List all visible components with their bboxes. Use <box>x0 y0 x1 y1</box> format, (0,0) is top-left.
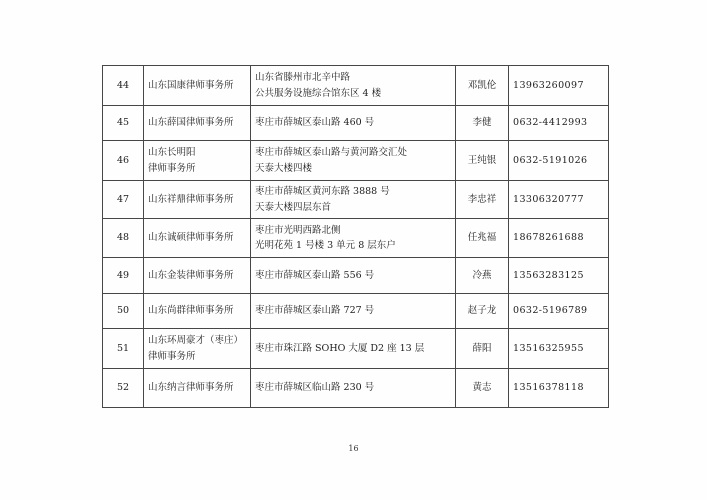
cell-number: 47 <box>103 181 144 219</box>
cell-phone: 0632-5196789 <box>509 294 609 329</box>
cell-firm-name: 山东诚硕律师事务所 <box>144 219 251 258</box>
cell-contact: 冷燕 <box>456 258 509 294</box>
cell-contact: 李忠祥 <box>456 181 509 219</box>
cell-address: 山东省滕州市北辛中路 公共服务设施综合馆东区 4 楼 <box>251 66 456 106</box>
cell-address: 枣庄市薛城区泰山路 460 号 <box>251 106 456 141</box>
cell-number: 45 <box>103 106 144 141</box>
cell-phone: 13516325955 <box>509 329 609 369</box>
table-row: 47 山东祥鼎律师事务所 枣庄市薛城区黄河东路 3888 号 天泰大楼四层东首 … <box>103 181 609 219</box>
cell-firm-name: 山东祥鼎律师事务所 <box>144 181 251 219</box>
cell-address: 枣庄市薛城区泰山路 556 号 <box>251 258 456 294</box>
cell-phone: 13963260097 <box>509 66 609 106</box>
cell-phone: 13563283125 <box>509 258 609 294</box>
page-number: 16 <box>0 444 707 453</box>
cell-number: 49 <box>103 258 144 294</box>
cell-contact: 邓凯伦 <box>456 66 509 106</box>
cell-firm-name: 山东纳言律师事务所 <box>144 369 251 408</box>
cell-contact: 黄志 <box>456 369 509 408</box>
cell-address: 枣庄市光明西路北侧 光明花苑 1 号楼 3 单元 8 层东户 <box>251 219 456 258</box>
cell-address: 枣庄市薛城区黄河东路 3888 号 天泰大楼四层东首 <box>251 181 456 219</box>
cell-address: 枣庄市薛城区泰山路 727 号 <box>251 294 456 329</box>
table-row: 46 山东长明阳 律师事务所 枣庄市薛城区泰山路与黄河路交汇处 天泰大楼四楼 王… <box>103 141 609 181</box>
document-page: 44 山东国康律师事务所 山东省滕州市北辛中路 公共服务设施综合馆东区 4 楼 … <box>0 0 707 500</box>
cell-firm-name: 山东长明阳 律师事务所 <box>144 141 251 181</box>
cell-number: 50 <box>103 294 144 329</box>
cell-number: 51 <box>103 329 144 369</box>
cell-firm-name: 山东环周豪才（枣庄） 律师事务所 <box>144 329 251 369</box>
cell-phone: 13516378118 <box>509 369 609 408</box>
table-row: 50 山东尚群律师事务所 枣庄市薛城区泰山路 727 号 赵子龙 0632-51… <box>103 294 609 329</box>
table-row: 45 山东薛国律师事务所 枣庄市薛城区泰山路 460 号 李健 0632-441… <box>103 106 609 141</box>
cell-phone: 0632-4412993 <box>509 106 609 141</box>
cell-phone: 0632-5191026 <box>509 141 609 181</box>
table-row: 52 山东纳言律师事务所 枣庄市薛城区临山路 230 号 黄志 13516378… <box>103 369 609 408</box>
cell-firm-name: 山东薛国律师事务所 <box>144 106 251 141</box>
table-row: 49 山东金装律师事务所 枣庄市薛城区泰山路 556 号 冷燕 13563283… <box>103 258 609 294</box>
cell-contact: 任兆福 <box>456 219 509 258</box>
cell-firm-name: 山东尚群律师事务所 <box>144 294 251 329</box>
cell-firm-name: 山东金装律师事务所 <box>144 258 251 294</box>
cell-address: 枣庄市薛城区临山路 230 号 <box>251 369 456 408</box>
law-firms-table: 44 山东国康律师事务所 山东省滕州市北辛中路 公共服务设施综合馆东区 4 楼 … <box>102 65 609 408</box>
cell-number: 44 <box>103 66 144 106</box>
table-row: 51 山东环周豪才（枣庄） 律师事务所 枣庄市珠江路 SOHO 大厦 D2 座 … <box>103 329 609 369</box>
cell-firm-name: 山东国康律师事务所 <box>144 66 251 106</box>
cell-number: 46 <box>103 141 144 181</box>
cell-contact: 薛阳 <box>456 329 509 369</box>
cell-phone: 18678261688 <box>509 219 609 258</box>
cell-phone: 13306320777 <box>509 181 609 219</box>
cell-contact: 赵子龙 <box>456 294 509 329</box>
table-row: 44 山东国康律师事务所 山东省滕州市北辛中路 公共服务设施综合馆东区 4 楼 … <box>103 66 609 106</box>
cell-contact: 王纯银 <box>456 141 509 181</box>
table-row: 48 山东诚硕律师事务所 枣庄市光明西路北侧 光明花苑 1 号楼 3 单元 8 … <box>103 219 609 258</box>
cell-contact: 李健 <box>456 106 509 141</box>
cell-address: 枣庄市薛城区泰山路与黄河路交汇处 天泰大楼四楼 <box>251 141 456 181</box>
cell-number: 48 <box>103 219 144 258</box>
cell-address: 枣庄市珠江路 SOHO 大厦 D2 座 13 层 <box>251 329 456 369</box>
cell-number: 52 <box>103 369 144 408</box>
